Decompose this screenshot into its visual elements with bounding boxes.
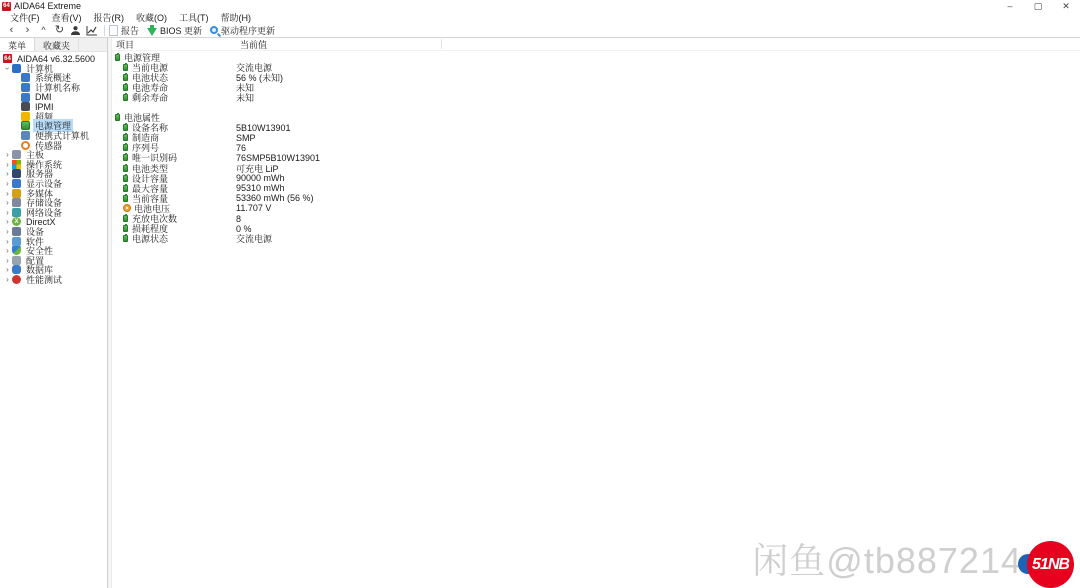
main-panel: 项目 当前值 电源管理当前电源交流电源电池状态56 % (未知)电池寿命未知剩余… [112,38,1080,588]
maximize-button[interactable]: ▢ [1024,0,1052,12]
menu-view[interactable]: 查看(V) [46,11,88,24]
table-row[interactable]: 电池状态56 % (未知) [112,72,1080,82]
row-value: 95310 mWh [236,183,285,193]
battery-icon [123,134,128,141]
battery-icon [123,185,128,192]
os-icon [12,160,21,169]
power-icon [21,121,30,130]
chevron-right-icon[interactable]: › [3,217,12,226]
chevron-right-icon[interactable]: › [3,237,12,246]
table-row[interactable]: 当前容量53360 mWh (56 %) [112,193,1080,203]
table-header: 项目 当前值 [112,38,1080,51]
sidebar-item[interactable]: ›设备 [0,227,107,237]
battery-icon [123,64,128,71]
sidebar-tree: 64AIDA64 v6.32.5600›计算机系统概述计算机名称DMIIPMI超… [0,52,107,588]
battery-icon [123,225,128,232]
sidebar-tabs: 菜单 收藏夹 [0,38,107,52]
sidebar: 菜单 收藏夹 64AIDA64 v6.32.5600›计算机系统概述计算机名称D… [0,38,108,588]
table-row[interactable]: 电池类型可充电 LiP [112,163,1080,173]
battery-icon [123,195,128,202]
battery-icon [115,54,120,61]
toolbar-separator [104,25,105,36]
chevron-right-icon[interactable]: › [3,246,12,255]
table-row[interactable]: 电池属性 [112,113,1080,123]
config-icon [12,256,21,265]
sidebar-item[interactable]: 计算机名称 [0,83,107,93]
display-icon [12,179,21,188]
sidebar-item-label: 性能测试 [24,273,64,286]
chevron-right-icon[interactable]: › [3,189,12,198]
aida64-window: 64 AIDA64 Extreme – ▢ ✕ 文件(F) 查看(V) 报告(R… [0,0,1080,588]
window-title: AIDA64 Extreme [14,1,81,11]
table-row[interactable]: 最大容量95310 mWh [112,183,1080,193]
bios-update-button[interactable]: BIOS 更新 [147,24,202,37]
sidebar-item[interactable]: ›性能测试 [0,275,107,285]
report-icon [109,25,118,36]
tab-menu[interactable]: 菜单 [0,38,35,51]
table-row[interactable]: 序列号76 [112,143,1080,153]
table-row[interactable]: 电池电压11.707 V [112,203,1080,213]
row-value: 76 [236,143,246,153]
network-icon [12,208,21,217]
row-label: 剩余寿命 [132,91,168,104]
chevron-right-icon[interactable]: › [3,169,12,178]
sidebar-item[interactable]: ›网络设备 [0,208,107,218]
battery-icon [123,144,128,151]
devices-icon [12,227,21,236]
row-value: 53360 mWh (56 %) [236,193,314,203]
column-separator [441,39,442,49]
battery-icon [123,124,128,131]
chevron-down-icon[interactable]: › [3,64,12,73]
menu-bar: 文件(F) 查看(V) 报告(R) 收藏(O) 工具(T) 帮助(H) [0,12,1080,23]
table-row[interactable]: 剩余寿命未知 [112,92,1080,102]
tab-favorites[interactable]: 收藏夹 [35,38,79,51]
report-button[interactable]: 报告 [109,24,139,37]
app-icon: 64 [2,2,11,11]
row-label: 电源状态 [132,232,168,245]
table-row[interactable]: 设计容量90000 mWh [112,173,1080,183]
table-row[interactable]: 设备名称5B10W13901 [112,123,1080,133]
sidebar-item[interactable]: ›XDirectX [0,217,107,227]
row-value: 交流电源 [236,232,272,245]
chevron-right-icon[interactable]: › [3,208,12,217]
chevron-right-icon[interactable]: › [3,179,12,188]
close-button[interactable]: ✕ [1052,0,1080,12]
battery-icon [123,84,128,91]
battery-icon [123,215,128,222]
table-row[interactable]: 电源状态交流电源 [112,234,1080,244]
spacer-row [112,102,1080,112]
database-icon [12,265,21,274]
row-value: 未知 [236,91,254,104]
chevron-right-icon[interactable]: › [3,256,12,265]
battery-icon [123,94,128,101]
minimize-button[interactable]: – [996,0,1024,12]
toolbar: ‹ › ^ ↻ 报告 BIOS 更新 驱动程序更新 [0,23,1080,38]
bios-update-icon [147,28,157,36]
battery-icon [123,154,128,161]
chevron-right-icon[interactable]: › [3,198,12,207]
chevron-right-icon[interactable]: › [3,275,12,284]
battery-icon [123,235,128,242]
chevron-right-icon[interactable]: › [3,227,12,236]
menu-favorites[interactable]: 收藏(O) [130,11,173,24]
row-value: 11.707 V [236,203,271,213]
forward-icon[interactable]: › [20,24,35,37]
user-icon[interactable] [68,24,83,37]
name-icon [21,83,30,92]
row-value: 8 [236,214,241,224]
ipmi-icon [21,102,30,111]
refresh-icon[interactable]: ↻ [52,24,67,37]
table-row[interactable]: 充放电次数8 [112,214,1080,224]
column-header-value[interactable]: 当前值 [236,38,441,51]
motherboard-icon [12,150,21,159]
table-row[interactable]: 制造商SMP [112,133,1080,143]
driver-update-button[interactable]: 驱动程序更新 [210,24,275,37]
computer-icon [12,64,21,73]
battery-icon [123,74,128,81]
column-header-item[interactable]: 项目 [112,38,236,51]
up-icon[interactable]: ^ [36,24,51,37]
back-icon[interactable]: ‹ [4,24,19,37]
sidebar-item[interactable]: ›安全性 [0,246,107,256]
sidebar-item-label: DMI [33,92,54,102]
battery-icon [123,175,128,182]
storage-icon [12,198,21,207]
chevron-right-icon[interactable]: › [3,265,12,274]
menu-report[interactable]: 报告(R) [88,11,131,24]
laptop-icon [21,131,30,140]
table-row[interactable]: 电池寿命未知 [112,82,1080,92]
battery-icon [115,114,120,121]
aida64-icon: 64 [3,54,12,63]
row-value: SMP [236,133,256,143]
menu-tools[interactable]: 工具(T) [173,11,215,24]
driver-update-icon [210,26,218,34]
benchmark-icon [12,275,21,284]
directx-icon: X [12,217,21,226]
menu-help[interactable]: 帮助(H) [215,11,258,24]
security-icon [12,246,21,255]
dmi-icon [21,93,30,102]
chart-icon[interactable] [84,24,99,37]
menu-file[interactable]: 文件(F) [4,11,46,24]
software-icon [12,237,21,246]
row-value: 90000 mWh [236,173,285,183]
table-body: 电源管理当前电源交流电源电池状态56 % (未知)电池寿命未知剩余寿命未知电池属… [112,51,1080,244]
row-value: 5B10W13901 [236,123,291,133]
chevron-right-icon[interactable]: › [3,160,12,169]
chevron-right-icon[interactable]: › [3,150,12,159]
overclock-icon [21,112,30,121]
server-icon [12,169,21,178]
summary-icon [21,73,30,82]
multimedia-icon [12,189,21,198]
battery-icon [123,165,128,172]
